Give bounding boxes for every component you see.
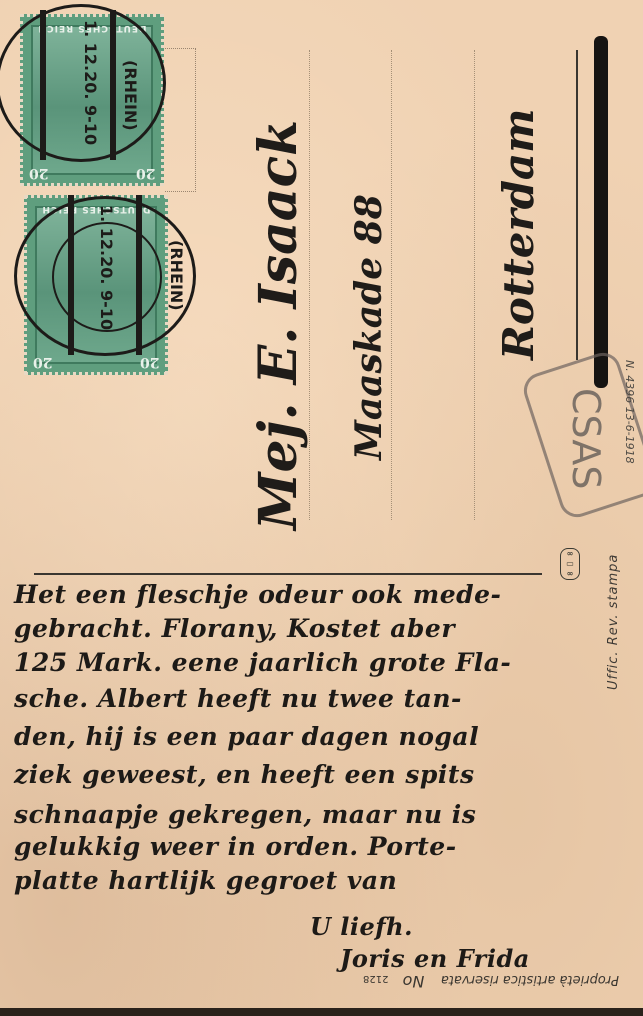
postmark-date: 1. 12.20. 9-10 [97, 205, 116, 330]
censor-stamp-text: CSAS [564, 388, 608, 489]
censor-strike-bar [594, 36, 608, 388]
revision-stamp-text: Uffic. Rev. stampa [606, 554, 621, 690]
address-line-street: Maaskade 88 [348, 194, 390, 460]
publisher-logo: ∞▭∞ [560, 548, 580, 580]
address-line-name: Mej. E. Isaack [248, 120, 309, 530]
address-guide-line [474, 50, 475, 520]
divider-line [34, 573, 542, 575]
postmark-bar [136, 195, 142, 355]
postmark-bar [40, 10, 46, 160]
address-guide-line [309, 50, 310, 520]
address-line-city: Rotterdam [494, 108, 543, 360]
message-line: 125 Mark. eene jaarlich grote Fla- [14, 648, 511, 677]
message-line: gelukkig weer in orden. Porte- [14, 832, 457, 861]
footer-text: Proprietà artistica riservata [441, 972, 619, 987]
postmark-date: 1. 12.20. 9-10 [81, 20, 100, 145]
censor-stamp-number: N. 4396 13-6-1918 [623, 360, 636, 464]
address-guide-line [391, 50, 392, 520]
postmark-bar [110, 10, 116, 160]
stamp-value: 20 [136, 165, 155, 181]
footer-no-label: No [403, 972, 425, 991]
stamp-value: 20 [33, 354, 52, 370]
stamp-placeholder-box [165, 48, 196, 192]
postmark-place: (RHEIN) [167, 240, 186, 311]
message-line: sche. Albert heeft nu twee tan- [14, 684, 462, 713]
stamp-value: 20 [29, 165, 48, 181]
publisher-footer: Proprietà artistica riservata No 2128 [345, 972, 619, 991]
message-line: platte hartlijk gegroet van [14, 866, 397, 895]
scan-edge [0, 1008, 643, 1016]
stamp-value: 20 [140, 354, 159, 370]
postmark-place: (RHEIN) [121, 60, 140, 131]
message-signoff: U liefh. [310, 912, 413, 941]
message-line: ziek geweest, en heeft een spits [14, 760, 475, 789]
footer-number: 2128 [363, 973, 388, 984]
message-line: schnaapje gekregen, maar nu is [14, 800, 476, 829]
postcard: DEUTSCHES REICH 20 20 1. 12.20. 9-10 (RH… [0, 0, 643, 1010]
message-line: den, hij is een paar dagen nogal [14, 722, 479, 751]
message-line: Het een fleschje odeur ook mede- [14, 580, 501, 609]
postmark-bar [68, 195, 74, 355]
message-signature: Joris en Frida [340, 944, 530, 973]
address-underline [576, 50, 578, 360]
message-line: gebracht. Florany, Kostet aber [14, 614, 455, 643]
